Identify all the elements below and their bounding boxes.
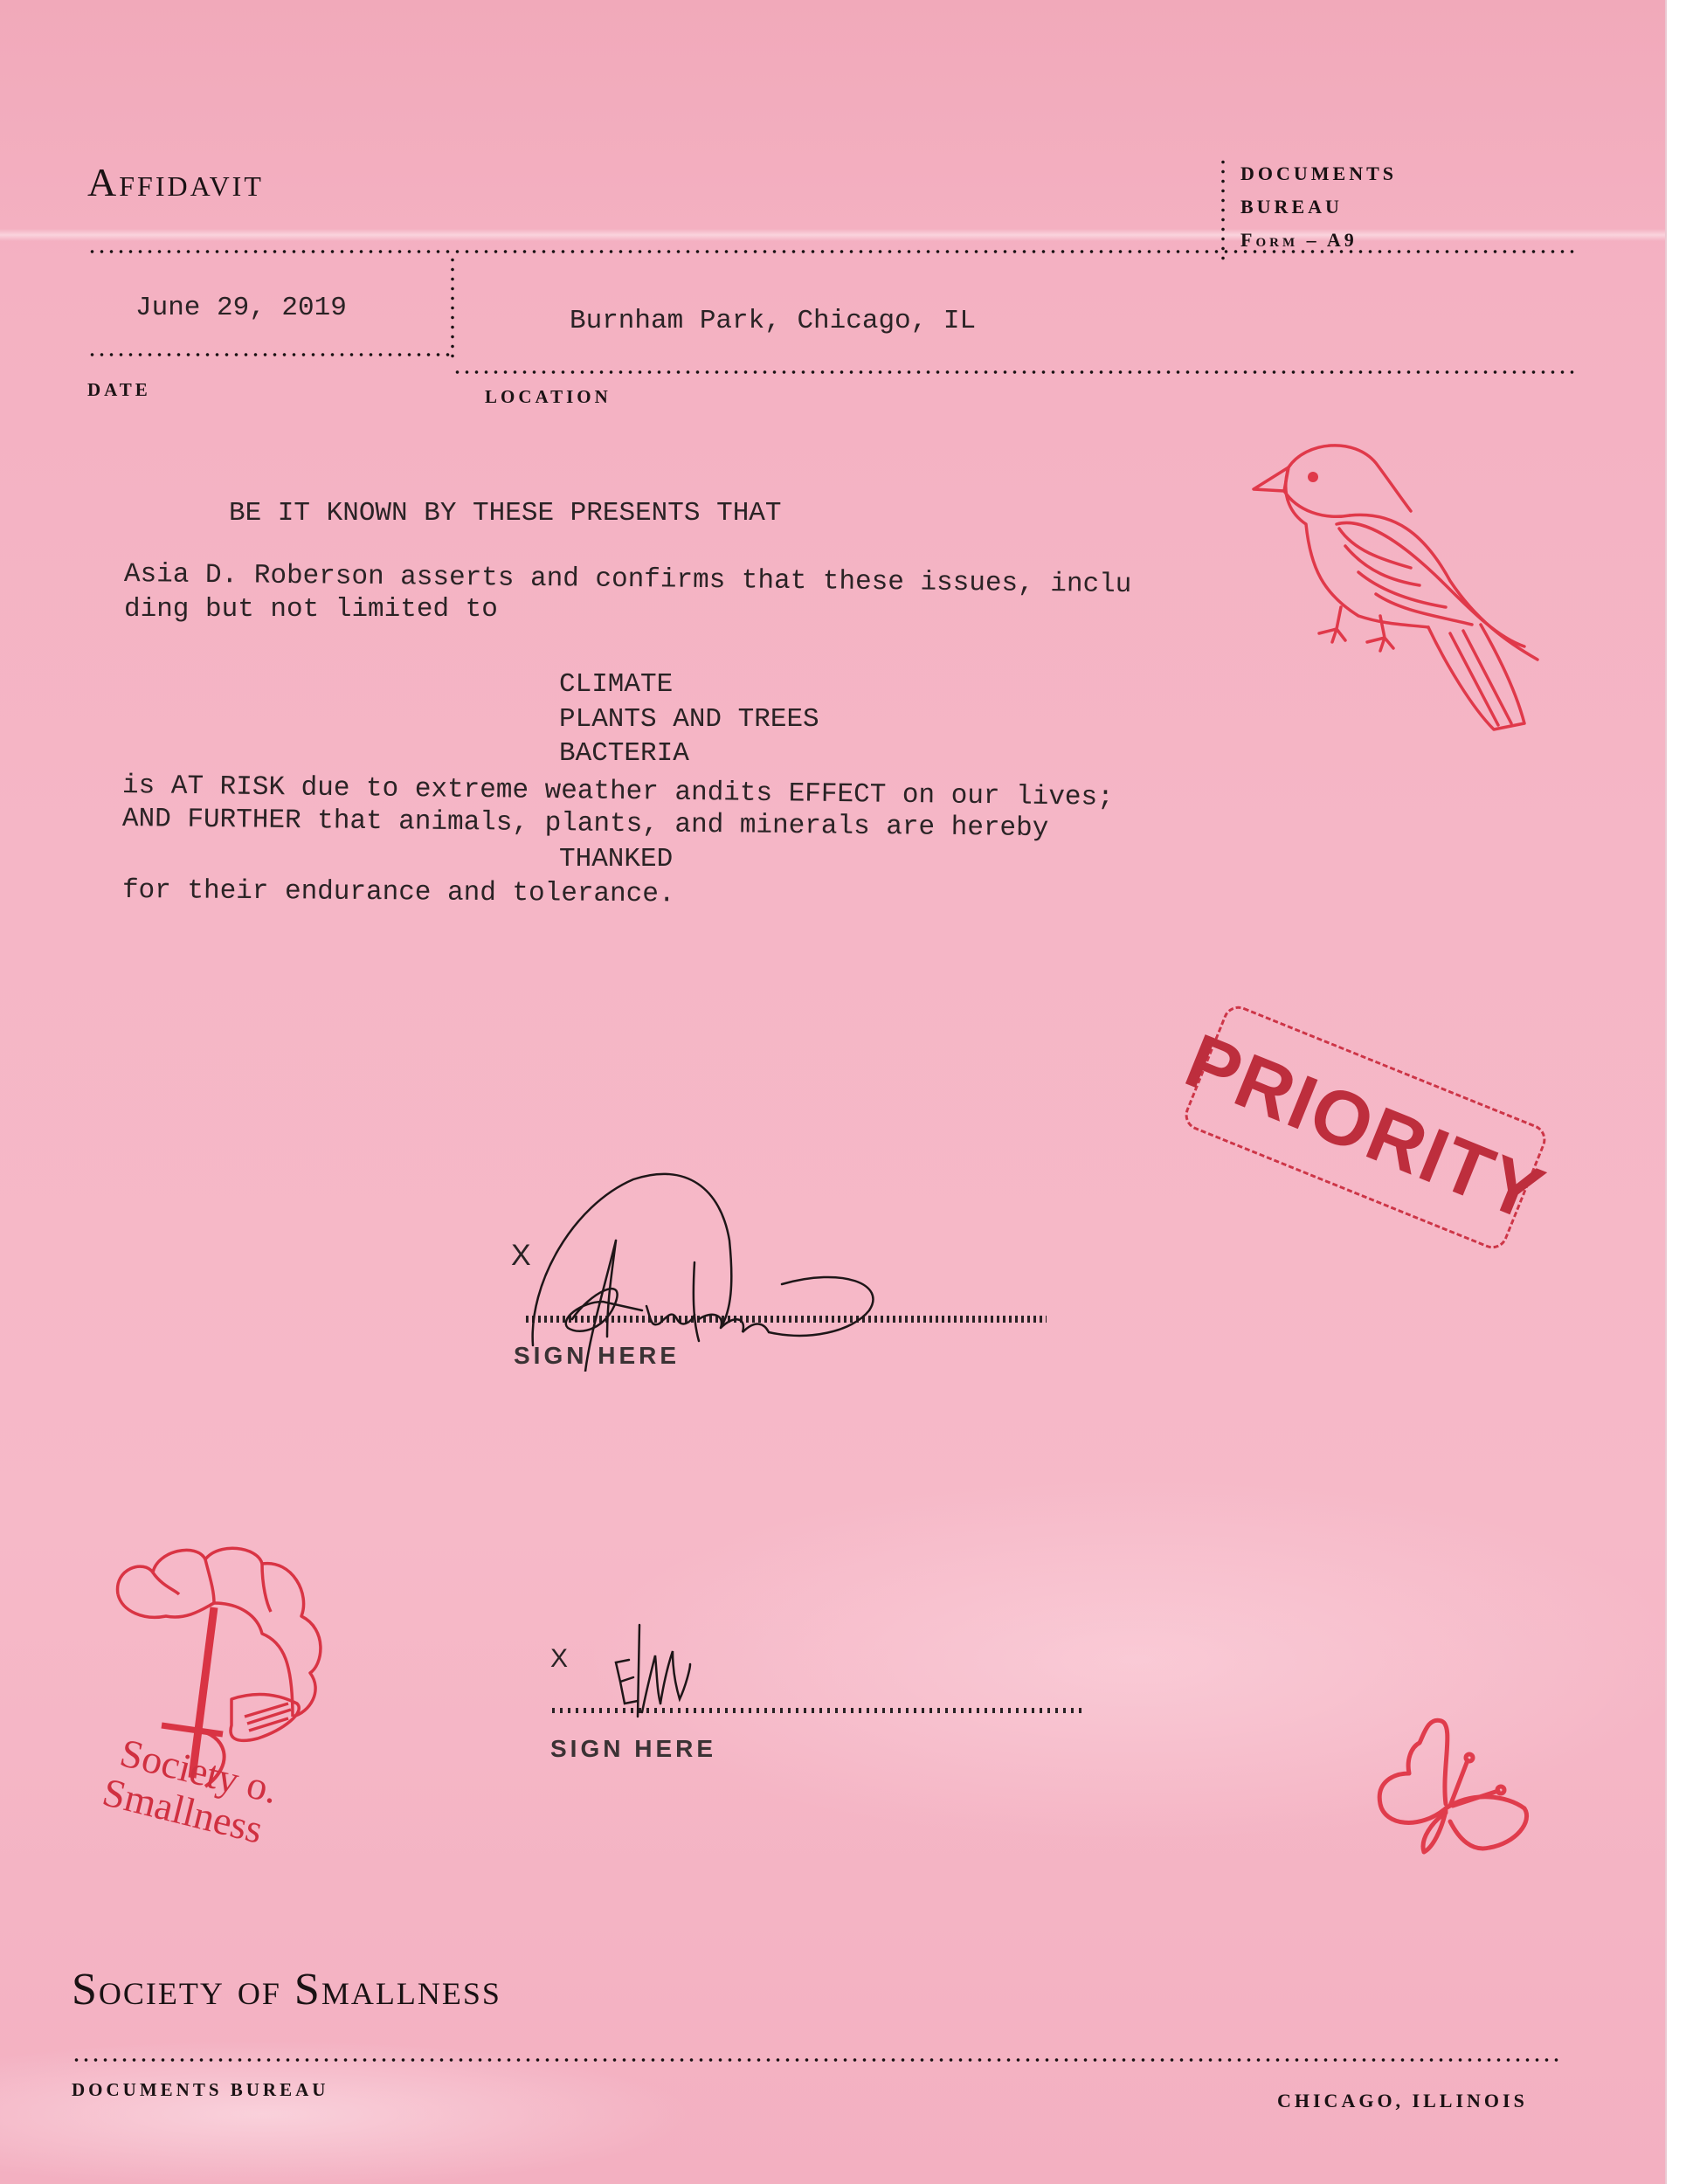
location-value[interactable]: Burnham Park, Chicago, IL: [570, 306, 976, 336]
issue-item: PLANTS AND TREES: [559, 704, 819, 735]
date-label: DATE: [87, 379, 151, 401]
issue-item: BACTERIA: [559, 738, 689, 769]
footer-location: CHICAGO, ILLINOIS: [1277, 2090, 1528, 2112]
sign-here-label: SIGN HERE: [550, 1735, 716, 1763]
date-value[interactable]: June 29, 2019: [135, 293, 347, 323]
date-rule: [87, 353, 453, 356]
bureau-line: BUREAU: [1240, 190, 1397, 224]
field-divider: [451, 255, 454, 358]
paper-fold: [0, 229, 1667, 241]
signature-1-handwriting: [520, 1153, 939, 1372]
bureau-block: DOCUMENTS BUREAU Form – A9: [1240, 157, 1397, 257]
sign-x-mark: X: [550, 1644, 568, 1674]
opening-line: BE IT KNOWN BY THESE PRESENTS THAT: [229, 498, 782, 529]
location-rule: [453, 370, 1579, 374]
bird-stamp-icon: [1236, 428, 1551, 743]
footer-organization: Society of Smallness: [72, 1964, 501, 2015]
butterfly-stamp-icon: [1358, 1708, 1551, 1865]
signature-2-handwriting: [603, 1621, 734, 1721]
bureau-line: DOCUMENTS: [1240, 157, 1397, 190]
location-label: LOCATION: [485, 386, 612, 408]
footer-rule: [72, 2058, 1564, 2062]
header-rule: [87, 250, 1579, 253]
thanked-line: THANKED: [559, 844, 673, 874]
issue-item: CLIMATE: [559, 669, 673, 700]
footer-bureau: DOCUMENTS BUREAU: [72, 2079, 328, 2101]
body-line: for their endurance and tolerance.: [122, 875, 675, 909]
bureau-divider: [1221, 157, 1225, 260]
document-title: Affidavit: [87, 159, 264, 205]
society-seal-icon: Society o. Smallness: [83, 1524, 363, 1848]
body-line: ding but not limited to: [124, 594, 498, 625]
paper-edge: [1665, 0, 1686, 2184]
